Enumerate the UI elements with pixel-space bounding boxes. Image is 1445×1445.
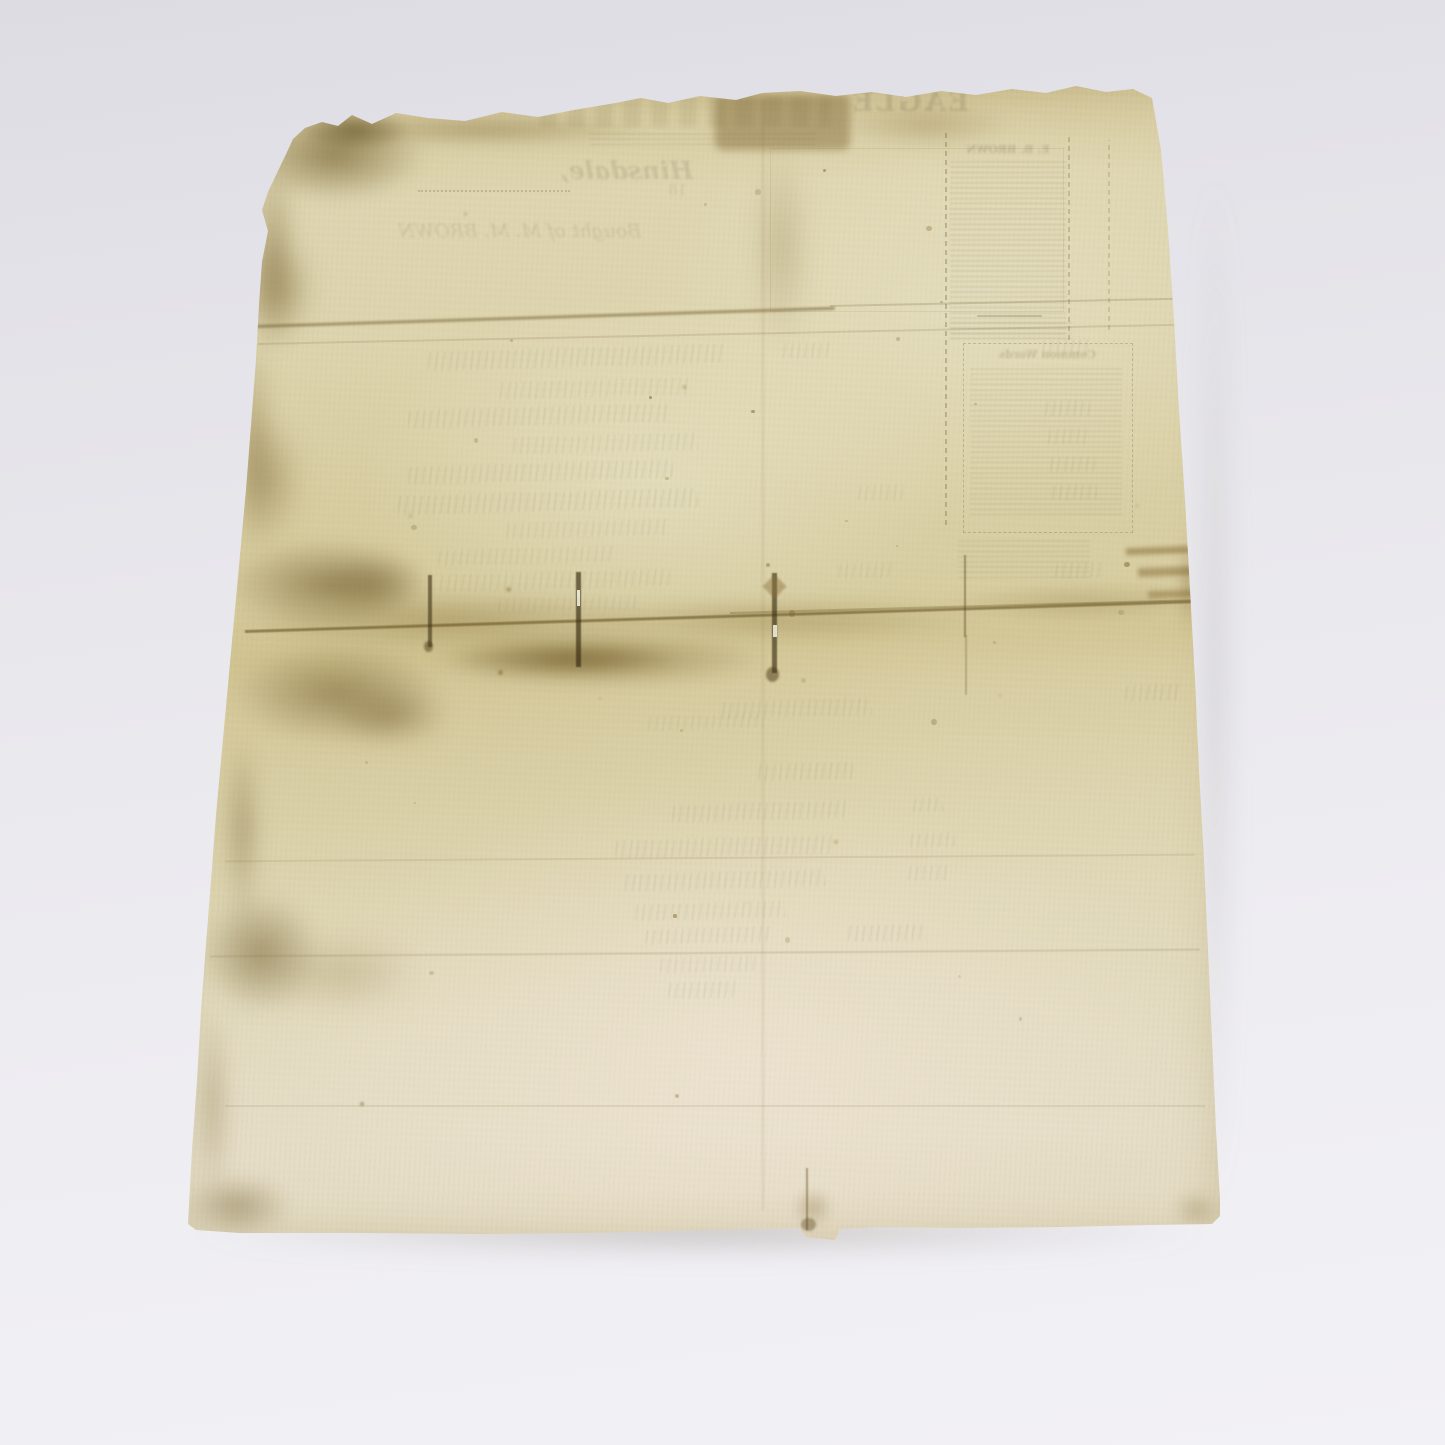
- column-rule-left: [945, 133, 947, 525]
- handwriting-line: [648, 713, 763, 730]
- crease-upper: [258, 324, 1178, 345]
- handwriting-amount: [1045, 400, 1090, 416]
- handwriting-amount: [1050, 456, 1095, 472]
- foxing-spot: [474, 438, 478, 443]
- antique-paper-sheet: EAGLE Hinsdale, 18 Bought of M. M. BROWN…: [170, 85, 1222, 1243]
- masthead-text: EAGLE: [850, 87, 969, 118]
- ad-center-rule: [977, 315, 1042, 317]
- handwriting-total: [668, 981, 736, 999]
- handwriting-amount: [910, 832, 955, 847]
- stain-right-streak-2: [1138, 566, 1202, 577]
- handwriting-line: [645, 926, 770, 944]
- stain-blob-lower: [232, 643, 442, 743]
- foxing-spot: [510, 339, 513, 342]
- foxing-spot: [766, 563, 770, 567]
- handwriting-amount: [913, 798, 943, 813]
- foxing-spot: [408, 514, 413, 519]
- foxing-spot: [845, 520, 848, 523]
- stain-right-edge: [1178, 537, 1198, 632]
- foxing-spot: [1118, 610, 1124, 615]
- handwriting-line: [398, 488, 698, 515]
- handwriting-line: [408, 403, 668, 428]
- stain-left-bump-1: [236, 235, 318, 345]
- crease-mid-lower: [225, 854, 1195, 863]
- slit-2-glint: [577, 590, 580, 606]
- column-rule-outer: [1108, 140, 1110, 330]
- handwriting-amount: [1048, 428, 1090, 444]
- handwriting-line: [672, 801, 847, 823]
- fold-dark-smudge: [425, 630, 765, 688]
- foxing-spot: [498, 670, 503, 675]
- foxing-spot: [926, 226, 931, 231]
- bottom-tear-crack: [806, 1168, 808, 1230]
- column-rule-right: [1068, 135, 1070, 340]
- fold-stain-right: [940, 581, 1221, 626]
- handwriting-line: [513, 432, 698, 454]
- masthead-ghost-word: EAGLE: [850, 87, 960, 121]
- foxing-spot: [958, 975, 961, 978]
- foxing-spot: [1019, 1017, 1023, 1021]
- foxing-spot: [506, 587, 511, 592]
- ad-body-lines: [950, 161, 1066, 339]
- stain-blob-lower-lobe: [330, 685, 450, 747]
- ad-block-1: E. B. BROWN: [948, 143, 1068, 343]
- below-box-lines: [958, 540, 1090, 580]
- stain-tape-patch-right: [842, 101, 1012, 149]
- handwriting-amount: [858, 484, 903, 500]
- foxing-spot: [599, 698, 601, 700]
- bought-line-ghost: Bought of M. M. BROWN: [398, 220, 668, 262]
- bottom-tear-tip: [801, 1218, 816, 1231]
- handwriting-amount: [1055, 562, 1103, 578]
- stain-left-band-b: [232, 335, 276, 555]
- place-script-text: Hinsdale,: [560, 156, 693, 185]
- stain-left-band-c: [222, 735, 262, 925]
- slit-3-diamond: [762, 574, 786, 598]
- stain-center-drip: [750, 147, 812, 347]
- handwriting-line: [408, 459, 673, 484]
- foxing-spot: [411, 525, 417, 530]
- foxing-spot: [675, 1094, 679, 1098]
- crease-vertical-center: [762, 100, 764, 1210]
- ad-heading-ghost: E. B. BROWN: [948, 143, 1068, 156]
- slit-1-knot: [424, 641, 433, 652]
- slit-mark-4: [964, 555, 966, 637]
- foxing-spot: [360, 1102, 363, 1105]
- foxing-spot: [464, 212, 467, 216]
- handwriting-line: [722, 698, 872, 719]
- foxing-spot: [834, 840, 837, 844]
- foxing-spot: [993, 641, 996, 644]
- foxing-spot: [365, 761, 369, 764]
- handwriting-amount: [908, 865, 950, 880]
- stain-bottom-left-corner: [182, 1175, 292, 1237]
- slit-4-tail: [965, 635, 967, 695]
- fold-stain-mid: [560, 597, 990, 643]
- ad-extra-lines: [950, 322, 1072, 342]
- slit-mark-3: [772, 573, 777, 673]
- masthead-subtitle-bar: [590, 133, 815, 146]
- handwriting-amount: [1052, 484, 1097, 500]
- crease-bottom: [225, 1105, 1205, 1107]
- stain-blob-upper-lobe: [320, 555, 425, 615]
- date-dotted-rule: [418, 190, 570, 192]
- foxing-spot: [1136, 504, 1138, 507]
- handwriting-line: [498, 595, 638, 613]
- paper-grain-texture: [170, 85, 1222, 1243]
- fold-line-secondary: [730, 599, 1200, 614]
- slit-3-knot: [766, 667, 779, 682]
- foxing-spot: [789, 610, 795, 616]
- foxing-spot: [429, 971, 434, 975]
- handwriting-amount: [838, 562, 893, 579]
- stain-left-band-d: [196, 1005, 230, 1205]
- slit-mark-1: [428, 575, 432, 647]
- handwriting-line: [440, 569, 670, 592]
- year-ghost: 18: [668, 181, 687, 199]
- ad-heading-text: E. B. BROWN: [966, 143, 1049, 156]
- fold-line-main: [245, 600, 1195, 633]
- handwriting-amount: [1125, 684, 1180, 702]
- fold-dark-core: [450, 641, 680, 677]
- notice-heading-text: Common Words: [999, 348, 1096, 361]
- foxing-spot: [751, 410, 755, 413]
- stain-bottom-right-corner: [1172, 1190, 1220, 1230]
- foxing-spot: [823, 169, 826, 172]
- header-rule-ext: [830, 297, 1195, 307]
- stain-left-band-a: [248, 155, 298, 355]
- handwriting-line: [615, 835, 835, 859]
- foxing-spot: [940, 301, 942, 303]
- stain-left-bump-2: [230, 415, 305, 545]
- handwriting-line: [500, 377, 690, 399]
- stain-left-bump-3: [200, 893, 320, 1013]
- bottom-tear-stain: [792, 1188, 834, 1228]
- handwriting-amount: [1042, 339, 1090, 356]
- place-script-ghost: Hinsdale,: [560, 156, 715, 194]
- notice-box: Common Words: [963, 343, 1133, 533]
- handwriting-line: [625, 869, 825, 892]
- handwriting-line: [428, 344, 723, 371]
- stain-top-edge-smudge: [320, 113, 650, 147]
- foxing-spot: [704, 203, 707, 205]
- handwriting-line: [660, 956, 755, 974]
- stain-right-streak-1: [1126, 546, 1198, 556]
- crease-lower: [210, 949, 1200, 958]
- photo-scene: EAGLE Hinsdale, 18 Bought of M. M. BROWN…: [0, 0, 1445, 1445]
- foxing-spot: [998, 694, 1002, 697]
- handwriting-amount: [848, 924, 926, 942]
- foxing-spot: [896, 545, 898, 547]
- foxing-spot: [414, 802, 416, 804]
- foxing-spot: [746, 902, 748, 904]
- handwriting-header: [758, 762, 853, 782]
- foxing-spot: [665, 477, 669, 480]
- stain-top-left-core: [300, 109, 410, 151]
- stain-tape-patch: [715, 95, 850, 150]
- fold-stain-left: [240, 590, 660, 652]
- stain-right-streak-3: [1148, 589, 1206, 599]
- foxing-spot: [801, 678, 806, 683]
- foxing-spot: [755, 189, 761, 195]
- handwriting-line: [635, 901, 785, 921]
- foxing-spot: [931, 719, 936, 725]
- stain-top-left-corner: [245, 107, 425, 202]
- handwriting-line: [506, 519, 666, 539]
- foxing-spot: [673, 914, 677, 917]
- year-text: 18: [668, 181, 687, 199]
- foxing-spot: [683, 385, 687, 388]
- notice-body-lines: [970, 368, 1122, 518]
- foxing-spot: [974, 403, 977, 405]
- stain-left-bump-3-tail: [260, 935, 420, 1010]
- handwriting-line: [438, 546, 613, 567]
- header-rule: [255, 307, 835, 328]
- foxing-spot: [896, 337, 900, 341]
- terms-box-outline: [770, 148, 1064, 312]
- handwriting-amount: [783, 342, 831, 358]
- masthead-ghost-bar: [540, 97, 830, 127]
- slit-3-glint: [773, 625, 777, 637]
- foxing-spot: [680, 729, 683, 732]
- foxing-spot: [785, 937, 790, 942]
- slit-mark-2: [576, 572, 581, 667]
- notice-heading-ghost: Common Words: [964, 348, 1132, 361]
- foxing-spot: [649, 396, 652, 399]
- stain-blob-upper: [228, 540, 428, 628]
- foxing-spot: [1124, 562, 1130, 568]
- bought-line-text: Bought of M. M. BROWN: [398, 220, 641, 242]
